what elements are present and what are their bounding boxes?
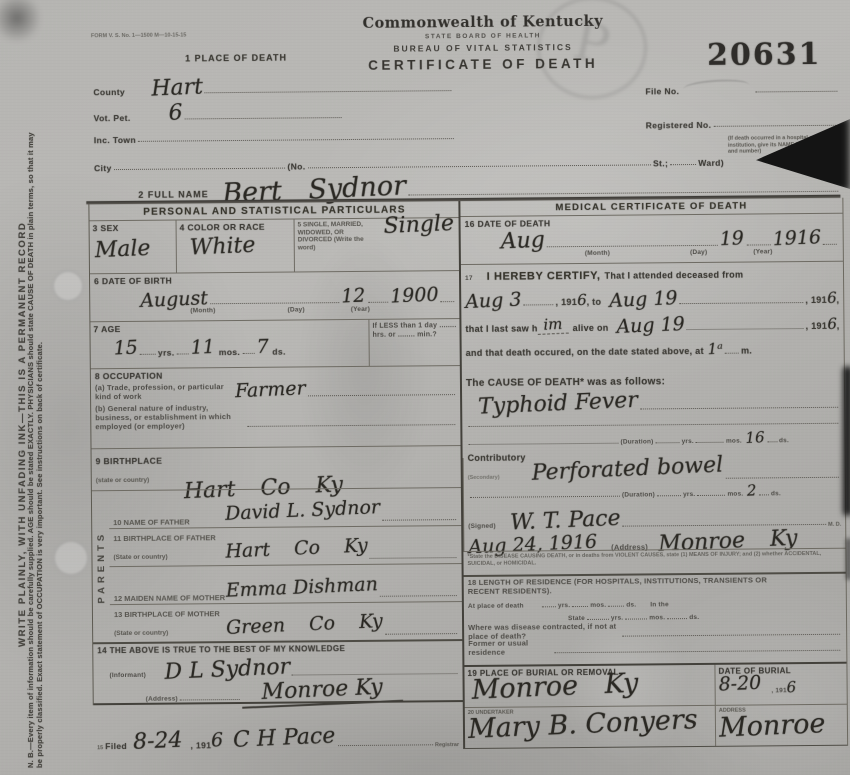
marital-value: Single: [383, 213, 454, 238]
parents-rows: 10 NAME OF FATHER David L. Sydnor 11 BIR…: [109, 487, 463, 642]
dotted-leader: [247, 424, 455, 427]
dotted-leader: [656, 442, 680, 443]
burial-place-cell: 19 PLACE OF BURIAL OR REMOVAL Monroe Ky: [464, 665, 714, 707]
sex-label: 3 SEX: [93, 223, 173, 234]
cause-footnote: *State the DISEASE CAUSING DEATH, or in …: [467, 551, 841, 567]
date-of-birth-box: 6 DATE OF BIRTH August 12 1900 (Month) (…: [90, 270, 460, 321]
yrs-label: yrs.: [158, 348, 175, 358]
undertaker-value: Mary B. Conyers: [467, 707, 698, 743]
mother-birthplace-value: Green Co Ky: [226, 612, 383, 638]
sex-value: Male: [94, 238, 151, 262]
dotted-leader: [140, 354, 156, 355]
marital-label: 5 SINGLE, MARRIED, WIDOWED, OR DIVORCED …: [298, 221, 372, 252]
undertaker-address-value: Monroe Ky: [718, 708, 850, 741]
undertaker-cell: 20 UNDERTAKER Mary B. Conyers: [465, 706, 715, 748]
yrs-label: yrs.: [682, 438, 694, 446]
place-of-death-section-label: 1 PLACE OF DEATH: [185, 52, 287, 65]
sex-cell: 3 SEX Male: [90, 221, 176, 274]
dotted-leader: [687, 328, 804, 330]
dotted-leader: [572, 606, 588, 607]
mos-label: mos.: [590, 602, 606, 610]
certificate-number: 20631: [707, 37, 822, 73]
dotted-leader: [755, 91, 837, 93]
contributory-label: Contributory: [468, 452, 526, 463]
father-name-label: 10 NAME OF FATHER: [113, 518, 225, 526]
parents-block: PARENTS 10 NAME OF FATHER David L. Sydno…: [92, 487, 463, 642]
birth-day: 12: [341, 286, 366, 306]
filed-191: , 191: [190, 740, 211, 750]
mos-label: mos.: [726, 438, 742, 446]
father-name-row: 10 NAME OF FATHER David L. Sydnor: [109, 487, 462, 528]
physician-signature: W. T. Pace: [509, 508, 620, 535]
father-birthplace-row: 11 BIRTHPLACE OF FATHER (State or countr…: [109, 525, 462, 566]
father-birthplace-sub: (State or country): [113, 554, 167, 561]
printed-191: , 191: [771, 687, 787, 695]
dotted-leader: [657, 495, 681, 496]
sex-race-marital-row: 3 SEX Male 4 COLOR OR RACE White 5 SINGL…: [90, 217, 460, 273]
dotted-leader: [823, 244, 837, 245]
undertaker-address-cell: ADDRESS Monroe Ky: [715, 705, 847, 746]
undertaker-row: 20 UNDERTAKER Mary B. Conyers ADDRESS Mo…: [465, 704, 847, 748]
mother-birthplace-row: 13 BIRTHPLACE OF MOTHER (State or countr…: [110, 601, 463, 642]
dotted-leader: [524, 304, 554, 305]
mother-birthplace-sub: (State or country): [114, 630, 168, 637]
ds-label: ds.: [689, 614, 699, 622]
race-cell: 4 COLOR OR RACE White: [176, 220, 294, 273]
yrs-label: yrs.: [683, 491, 695, 499]
filed-label: Filed: [105, 741, 127, 751]
burial-date-value: 8-20: [718, 674, 761, 695]
county-label: County: [93, 87, 125, 97]
dotted-leader: [205, 90, 452, 93]
dotted-leader: [185, 117, 342, 119]
medical-column: MEDICAL CERTIFICATE OF DEATH 16 DATE OF …: [458, 198, 848, 749]
birthplace-sub-label: (state or country): [96, 477, 150, 484]
printed-191: , 191: [805, 294, 827, 306]
punch-hole: [52, 270, 84, 302]
dotted-leader: [242, 353, 254, 354]
m-label: m.: [741, 345, 752, 357]
faint-pencil-mark: [683, 78, 750, 96]
father-birthplace-label-block: 11 BIRTHPLACE OF FATHER (State or countr…: [113, 527, 225, 564]
to-word: , to: [587, 296, 602, 308]
secondary-label: (Secondary): [468, 475, 500, 481]
day-label: (Day): [690, 249, 707, 257]
dotted-leader: [338, 744, 433, 746]
former-residence-label: Former or usual residence: [468, 639, 552, 657]
dotted-leader: [746, 244, 770, 245]
registrar-signature: C H Pace: [233, 725, 336, 751]
inc-town-label: Inc. Town: [94, 135, 136, 145]
age-cell: 7 AGE 15 yrs. 11 mos. 7 ds.: [90, 320, 368, 368]
certify-line1: That I attended deceased from: [605, 269, 744, 282]
age-row: 7 AGE 15 yrs. 11 mos. 7 ds.: [90, 318, 460, 368]
certify-box: 17 I HEREBY CERTIFY, That I attended dec…: [461, 261, 844, 376]
dotted-leader: [385, 633, 457, 635]
hospital-note: (If death occurred in a hospital or inst…: [728, 135, 840, 155]
dotted-leader: [468, 443, 618, 445]
him-value: im: [537, 317, 569, 335]
mother-name-row: 12 MAIDEN NAME OF MOTHER Emma Dishman: [110, 563, 463, 604]
last-seen-year: 6: [827, 317, 837, 332]
dotted-leader: [759, 494, 769, 495]
scan-smudge: [0, 0, 40, 44]
registered-no-row: Registered No.: [646, 113, 840, 131]
age-days: 7: [256, 338, 269, 358]
file-no-row: File No.: [645, 79, 839, 97]
death-month: Aug: [500, 230, 545, 254]
occupation-a-value: Farmer: [235, 379, 306, 401]
day-label: (Day): [288, 306, 305, 314]
attended-from-year: 6: [577, 293, 587, 308]
marital-cell: 5 SINGLE, MARRIED, WIDOWED, OR DIVORCED …: [294, 218, 460, 271]
alive-on-label: alive on: [573, 322, 609, 334]
dotted-leader: [667, 618, 687, 619]
ds-label: ds.: [771, 490, 781, 498]
year-label: (Year): [351, 306, 370, 314]
stamp-glyph: P: [568, 11, 614, 77]
ds-label: ds.: [779, 437, 789, 445]
dotted-leader: [308, 394, 455, 396]
certify-num: 17: [465, 275, 473, 283]
ds-label: ds.: [626, 602, 636, 610]
signed-label: (Signed): [468, 523, 496, 531]
burial-row: 19 PLACE OF BURIAL OR REMOVAL Monroe Ky …: [464, 662, 846, 707]
death-occurred-label: and that death occured, on the date stat…: [466, 345, 704, 359]
parents-vertical-label: PARENTS: [92, 490, 110, 642]
dotted-leader: [554, 650, 840, 653]
dotted-leader: [547, 245, 718, 247]
informant-address-value: Monroe Ky: [241, 676, 403, 709]
mos-label: mos.: [727, 491, 743, 499]
dotted-leader: [608, 606, 624, 607]
dotted-leader: [725, 353, 739, 354]
if-less-label: If LESS than 1 day ........ hrs. or ....…: [372, 321, 457, 340]
vot-pet-value: 6: [168, 102, 183, 125]
contributory-box: Contributory (Secondary) Perforated bowe…: [463, 455, 845, 503]
dotted-leader: [177, 353, 189, 354]
year-label: (Year): [753, 248, 772, 256]
burial-date-cell: DATE OF BURIAL 8-20 , 191 6: [714, 664, 846, 705]
filed-num: 15: [97, 745, 103, 752]
city-label: City: [94, 163, 112, 173]
dotted-leader: [725, 477, 838, 479]
file-no-label: File No.: [645, 86, 679, 96]
dotted-leader: [180, 699, 240, 701]
death-year: 1916: [772, 228, 821, 249]
informant-address-label: (Address): [146, 696, 178, 704]
attended-from-date: Aug 3: [465, 291, 522, 312]
attended-to-date: Aug 19: [609, 289, 678, 311]
residence-box: 18 LENGTH OF RESIDENCE (FOR HOSPITALS, I…: [464, 572, 847, 665]
margin-nb-note: N. B.—Every item of information should b…: [26, 128, 54, 768]
scanned-paper-background: MARGIN RESERVED FOR BINDING WRITE PLAINL…: [0, 0, 850, 775]
age-months: 11: [190, 338, 215, 358]
yrs-label: yrs.: [558, 602, 570, 610]
printed-191: , 191: [806, 320, 828, 332]
personal-column: PERSONAL AND STATISTICAL PARTICULARS 3 S…: [88, 201, 463, 705]
filed-row: 15 Filed 8-24 , 191 6 C H Pace Registrar: [97, 714, 459, 751]
occupation-a-label: (a) Trade, profession, or particular kin…: [95, 382, 235, 401]
dotted-leader: [587, 619, 609, 620]
dotted-leader: [138, 138, 454, 142]
parents-label: PARENTS: [95, 530, 107, 603]
form-number: FORM V. S. No. 1—1500 M—10-15-15: [91, 32, 187, 39]
birth-year: 1900: [389, 285, 438, 306]
in-the-label: In the: [650, 601, 669, 609]
certify-lead: I HEREBY CERTIFY,: [487, 270, 601, 283]
dotted-leader: [767, 441, 777, 442]
last-seen-date: Aug 19: [616, 315, 685, 337]
informant-label: (Informant): [109, 672, 146, 680]
mother-birthplace-label: 13 BIRTHPLACE OF MOTHER: [114, 609, 220, 619]
dotted-leader: [370, 557, 457, 559]
father-birthplace-value: Hart Co Ky: [225, 536, 368, 561]
attest-box: 14 THE ABOVE IS TRUE TO THE BEST OF MY K…: [93, 639, 464, 705]
mos-label: mos.: [649, 614, 665, 622]
ds-label: ds.: [272, 347, 286, 357]
duration-label: (Duration): [622, 491, 655, 499]
dotted-leader: [696, 442, 724, 443]
footnote-box: *State the DISEASE CAUSING DEATH, or in …: [463, 548, 845, 575]
punch-hole: [53, 540, 89, 576]
mos-label: mos.: [219, 347, 241, 357]
dotted-leader: [210, 302, 340, 304]
birthplace-label: 9 BIRTHPLACE: [96, 456, 163, 467]
mother-name-value: Emma Dishman: [225, 575, 378, 601]
dotted-leader: [713, 125, 837, 127]
margin-binding-text: MARGIN RESERVED FOR BINDING: [0, 152, 3, 712]
attended-to-year: 6: [827, 291, 837, 306]
signed-box: (Signed) W. T. Pace M. D. Aug 24, 1916 (…: [463, 500, 845, 551]
death-day: 19: [720, 229, 745, 249]
dotted-leader: [542, 606, 556, 607]
cause-duration-days: 16: [746, 430, 766, 446]
dotted-leader: [640, 407, 838, 410]
vot-pet-row: Vot. Pet. 6: [93, 95, 343, 123]
last-saw-label: that I last saw h: [465, 322, 537, 335]
md-label: M. D.: [828, 521, 841, 528]
dotted-leader: [440, 301, 454, 302]
mother-name-label: 12 MAIDEN NAME OF MOTHER: [114, 594, 226, 602]
cause-of-death-box: The CAUSE OF DEATH* was as follows: Typh…: [462, 373, 845, 458]
race-value: White: [189, 235, 256, 260]
contributory-value: Perforated bowel: [531, 454, 723, 484]
registered-no-label: Registered No.: [646, 120, 712, 131]
filed-date: 8-24: [133, 730, 183, 754]
father-birthplace-label: 11 BIRTHPLACE OF FATHER: [113, 533, 215, 543]
full-name-label: 2 FULL NAME: [138, 188, 208, 201]
birthplace-box: 9 BIRTHPLACE (state or country) Hart Co …: [92, 445, 462, 490]
dotted-leader: [697, 495, 725, 496]
round-stamp: P: [537, 0, 648, 99]
death-certificate: FORM V. S. No. 1—1500 M—10-15-15 Commonw…: [85, 0, 850, 775]
dotted-leader: [382, 519, 456, 521]
birthplace-label-block: 9 BIRTHPLACE (state or country): [96, 450, 184, 487]
father-name-value: David L. Sydnor: [225, 498, 381, 524]
dotted-leader: [470, 496, 620, 498]
death-hour: 1ᵃ: [707, 342, 723, 358]
contributory-label-block: Contributory (Secondary): [468, 447, 526, 484]
race-label: 4 COLOR OR RACE: [180, 222, 291, 233]
at-place-label: At place of death: [468, 602, 540, 611]
vot-pet-label: Vot. Pet.: [94, 113, 131, 123]
burial-date-year: 6: [786, 680, 796, 695]
printed-191: , 191: [555, 296, 577, 308]
duration-label: (Duration): [620, 438, 653, 446]
dotted-leader: [368, 302, 388, 303]
dotted-leader: [622, 634, 840, 637]
full-name-row: 2 FULL NAME Bert Sydnor: [138, 159, 840, 201]
birth-month: August: [140, 289, 209, 311]
inc-town-row: Inc. Town: [94, 126, 456, 145]
occupation-box: 8 OCCUPATION (a) Trade, profession, or p…: [91, 365, 462, 448]
mother-birthplace-label-block: 13 BIRTHPLACE OF MOTHER (State or countr…: [114, 603, 226, 640]
if-less-cell: If LESS than 1 day ........ hrs. or ....…: [368, 319, 460, 366]
county-row: County Hart: [93, 64, 453, 97]
dotted-leader: [625, 618, 647, 619]
registrar-label: Registrar: [435, 742, 459, 749]
contributory-duration-days: 2: [747, 483, 757, 498]
dotted-leader: [680, 302, 804, 304]
burial-place-value: Monroe Ky: [471, 671, 639, 704]
age-years: 15: [113, 338, 138, 358]
date-of-death-box: 16 DATE OF DEATH Aug 19 1916 (Month) (Da…: [460, 213, 842, 264]
dotted-leader: [380, 595, 457, 597]
month-label: (Month): [585, 250, 610, 258]
occupation-b-label: (b) General nature of industry, business…: [95, 403, 245, 431]
filed-year: 6: [211, 731, 224, 751]
